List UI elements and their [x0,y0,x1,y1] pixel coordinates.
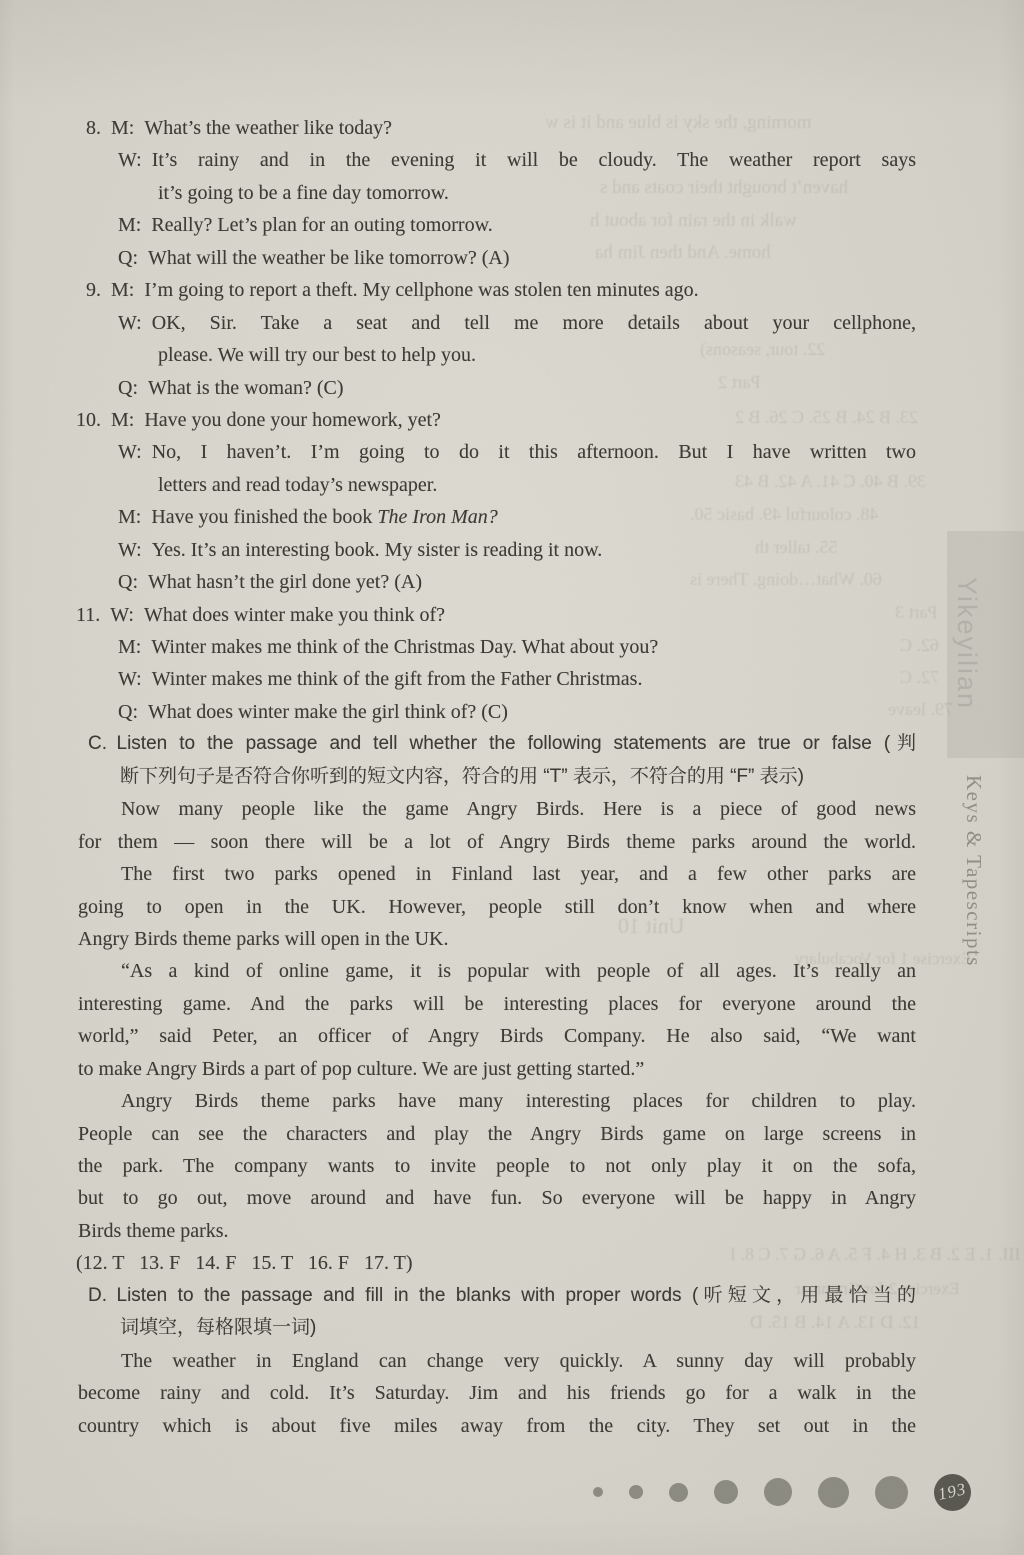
text-line: Q: What will the weather be like tomorro… [0,242,916,274]
margin-tab-section: Keys & Tapescripts [961,775,986,967]
text-line: W: OK, Sir. Take a seat and tell me more… [0,307,916,339]
text-line: 8. M: What’s the weather like today? [0,112,916,144]
text-line: country which is about five miles away f… [0,1410,916,1442]
text-line: Q: What is the woman? (C) [0,372,916,404]
book-title-italic: The Iron Man? [377,506,497,528]
text-line: Angry Birds theme parks have many intere… [0,1085,916,1117]
text-line: Birds theme parks. [0,1215,916,1247]
text-line: for them — soon there will be a lot of A… [0,826,916,858]
text-line: world,” said Peter, an officer of Angry … [0,1020,916,1052]
footer-dot [818,1477,849,1508]
footer-dot [875,1476,908,1509]
text-line: 11. W: What does winter make you think o… [0,599,916,631]
text-line: C. Listen to the passage and tell whethe… [0,728,916,760]
text-line: W: It’s rainy and in the evening it will… [0,144,916,176]
text-line: it’s going to be a fine day tomorrow. [0,177,916,209]
footer-dot [714,1480,738,1504]
text-line: W: Winter makes me think of the gift fro… [0,663,916,695]
text-line: M: Have you finished the book The Iron M… [0,501,916,533]
text-line: D. Listen to the passage and fill in the… [0,1280,916,1312]
text-line: letters and read today’s newspaper. [0,469,916,501]
page-number-badge: 193 [934,1474,971,1511]
text-line: the park. The company wants to invite pe… [0,1150,916,1182]
footer-dot [764,1478,792,1506]
text-line: please. We will try our best to help you… [0,339,916,371]
text-line: People can see the characters and play t… [0,1118,916,1150]
text-line: M: Really? Let’s plan for an outing tomo… [0,209,916,241]
footer-dot [629,1485,643,1499]
text-line: W: Yes. It’s an interesting book. My sis… [0,534,916,566]
text-line: The first two parks opened in Finland la… [0,858,916,890]
book-page: morning, the sky is blue and it is whave… [0,0,1024,1555]
footer-dot [669,1483,688,1502]
text-line: Angry Birds theme parks will open in the… [0,923,916,955]
text-line: “As a kind of online game, it is popular… [0,955,916,987]
text-line: 10. M: Have you done your homework, yet? [0,404,916,436]
text-line: M: Winter makes me think of the Christma… [0,631,916,663]
text-line: interesting game. And the parks will be … [0,988,916,1020]
text-line: 9. M: I’m going to report a theft. My ce… [0,274,916,306]
text-line: (12. T 13. F 14. F 15. T 16. F 17. T) [0,1247,916,1279]
text-line: to make Angry Birds a part of pop cultur… [0,1053,916,1085]
page-text: 8. M: What’s the weather like today?W: I… [0,112,916,1442]
text-line: become rainy and cold. It’s Saturday. Ji… [0,1377,916,1409]
text-line: 词填空，每格限填一词) [0,1312,916,1344]
text-line: Q: What does winter make the girl think … [0,696,916,728]
text-line: Q: What hasn’t the girl done yet? (A) [0,566,916,598]
footer-dot [593,1487,603,1497]
margin-tab-highlight [947,531,1024,758]
text-line: Now many people like the game Angry Bird… [0,793,916,825]
text-line: going to open in the UK. However, people… [0,891,916,923]
page-number: 193 [936,1479,968,1504]
page-footer-dots: 193 [593,1472,971,1512]
text-line: W: No, I haven’t. I’m going to do it thi… [0,436,916,468]
text-line: 断下列句子是否符合你听到的短文内容，符合的用 “T” 表示，不符合的用 “F” … [0,761,916,793]
text-line: but to go out, move around and have fun.… [0,1182,916,1214]
text-line: The weather in England can change very q… [0,1345,916,1377]
text-segment: M: Have you finished the book [118,506,377,528]
